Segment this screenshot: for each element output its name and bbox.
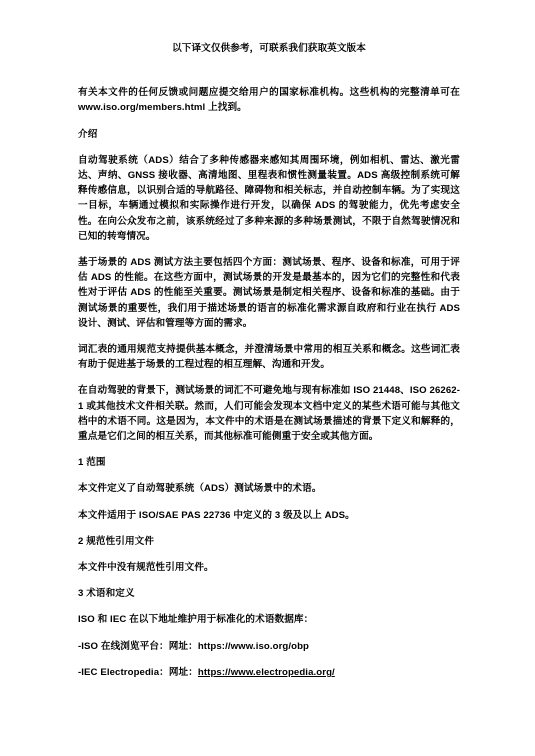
normative-references-heading: 2 规范性引用文件 <box>78 534 460 549</box>
intro-paragraph-3: 词汇表的通用规范支持提供基本概念，并澄清场景中常用的相互关系和概念。这些词汇表有… <box>78 342 460 372</box>
iso-obp-prefix: -ISO 在线浏览平台：网址： <box>78 641 198 652</box>
iec-electropedia-prefix: -IEC Electropedia：网址： <box>78 667 198 678</box>
iso-obp-url: https://www.iso.org/obp <box>198 641 309 652</box>
translation-notice: 以下译文仅供参考，可联系我们获取英文版本 <box>78 41 460 56</box>
intro-heading: 介绍 <box>78 127 460 142</box>
scope-heading: 1 范围 <box>78 455 460 470</box>
iec-electropedia-link[interactable]: https://www.electropedia.org/ <box>198 667 335 678</box>
intro-paragraph-4: 在自动驾驶的背景下，测试场景的词汇不可避免地与现有标准如 ISO 21448、I… <box>78 383 460 444</box>
terms-database-paragraph: ISO 和 IEC 在以下地址维护用于标准化的术语数据库： <box>78 612 460 627</box>
iec-electropedia-line: -IEC Electropedia：网址：https://www.electro… <box>78 665 460 680</box>
terms-definitions-heading: 3 术语和定义 <box>78 586 460 601</box>
feedback-paragraph: 有关本文件的任何反馈或问题应提交给用户的国家标准机构。这些机构的完整清单可在 w… <box>78 85 460 115</box>
scope-paragraph-2: 本文件适用于 ISO/SAE PAS 22736 中定义的 3 级及以上 ADS… <box>78 508 460 523</box>
normative-references-paragraph: 本文件中没有规范性引用文件。 <box>78 560 460 575</box>
document-page: 以下译文仅供参考，可联系我们获取英文版本 有关本文件的任何反馈或问题应提交给用户… <box>0 0 535 756</box>
intro-paragraph-2: 基于场景的 ADS 测试方法主要包括四个方面：测试场景、程序、设备和标准，可用于… <box>78 255 460 331</box>
scope-paragraph-1: 本文件定义了自动驾驶系统（ADS）测试场景中的术语。 <box>78 481 460 496</box>
intro-paragraph-1: 自动驾驶系统（ADS）结合了多种传感器来感知其周围环境，例如相机、雷达、激光雷达… <box>78 153 460 244</box>
iso-obp-line: -ISO 在线浏览平台：网址：https://www.iso.org/obp <box>78 639 460 654</box>
